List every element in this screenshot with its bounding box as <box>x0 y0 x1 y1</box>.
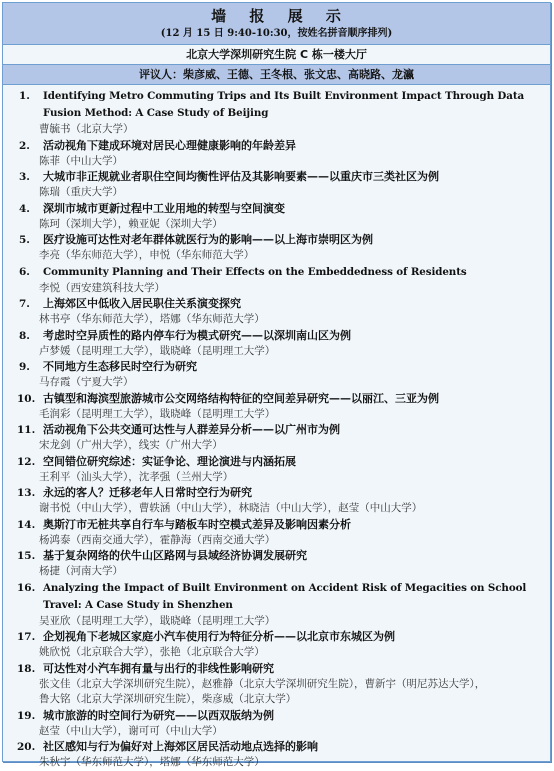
poster-authors: 王利平（汕头大学），沈孝强（兰州大学） <box>39 470 540 486</box>
poster-title: 企划视角下老城区家庭小汽车使用行为特征分析——以北京市东城区为例 <box>43 629 540 645</box>
page-title: 墙 报 展 示 <box>11 6 550 26</box>
item-number: 1. <box>19 88 30 104</box>
item-number: 11. <box>17 422 35 438</box>
item-number: 3. <box>19 169 30 185</box>
header-block: 墙 报 展 示 (12 月 15 日 9:40-10:30，按姓名拼音顺序排列) <box>3 3 550 45</box>
poster-authors: 卢梦媛（昆明理工大学），戢晓峰（昆明理工大学） <box>39 344 540 360</box>
poster-authors: 朱秋宇（华东师范大学），塔娜（华东师范大学） <box>39 755 540 765</box>
poster-authors: 宋龙剑（广州大学），线实（广州大学） <box>39 438 540 454</box>
list-item: 1.Identifying Metro Commuting Trips and … <box>3 88 550 138</box>
poster-title: 上海郊区中低收入居民职住关系演变探究 <box>43 296 540 312</box>
poster-authors: 鲁大铭（北京大学深圳研究生院），柴彦威（北京大学） <box>39 692 540 708</box>
list-item: 20.社区感知与行为偏好对上海郊区居民活动地点选择的影响朱秋宇（华东师范大学），… <box>3 739 550 765</box>
item-number: 10. <box>17 391 35 407</box>
poster-authors: 陈瑞（重庆大学） <box>39 185 540 201</box>
list-item: 5.医疗设施可达性对老年群体就医行为的影响——以上海市崇明区为例李亮（华东师范大… <box>3 232 550 264</box>
poster-title: 考虑时空异质性的路内停车行为模式研究——以深圳南山区为例 <box>43 328 540 344</box>
item-number: 4. <box>19 201 30 217</box>
list-item: 2.活动视角下建成环境对居民心理健康影响的年龄差异陈菲（中山大学） <box>3 138 550 170</box>
poster-title: 不同地方生态移民时空行为研究 <box>43 359 540 375</box>
poster-authors: 毛润彩（昆明理工大学），戢晓峰（昆明理工大学） <box>39 407 540 423</box>
poster-title: 永远的客人？迁移老年人日常时空行为研究 <box>43 485 540 501</box>
poster-title: 医疗设施可达性对老年群体就医行为的影响——以上海市崇明区为例 <box>43 232 540 248</box>
item-number: 9. <box>19 359 30 375</box>
list-item: 6.Community Planning and Their Effects o… <box>3 264 550 297</box>
poster-schedule-panel: 墙 报 展 示 (12 月 15 日 9:40-10:30，按姓名拼音顺序排列)… <box>2 2 551 762</box>
poster-authors: 张文佳（北京大学深圳研究生院），赵雅静（北京大学深圳研究生院），曹新宇（明尼苏达… <box>39 677 540 693</box>
poster-authors: 陈珂（深圳大学），赖亚妮（深圳大学） <box>39 217 540 233</box>
poster-title: 活动视角下公共交通可达性与人群差异分析——以广州市为例 <box>43 422 540 438</box>
poster-title: Identifying Metro Commuting Trips and It… <box>43 88 540 122</box>
poster-authors: 姚欣悦（北京联合大学），张艳（北京联合大学） <box>39 645 540 661</box>
poster-authors: 陈菲（中山大学） <box>39 154 540 170</box>
list-item: 13.永远的客人？迁移老年人日常时空行为研究谢书悦（中山大学），曹轶涵（中山大学… <box>3 485 550 517</box>
item-number: 17. <box>17 629 35 645</box>
poster-authors: 谢书悦（中山大学），曹轶涵（中山大学），林晓洁（中山大学），赵莹（中山大学） <box>39 501 540 517</box>
poster-authors: 杨捷（河南大学） <box>39 564 540 580</box>
poster-title: 基于复杂网络的伏牛山区路网与县域经济协调发展研究 <box>43 548 540 564</box>
list-item: 18.可达性对小汽车拥有量与出行的非线性影响研究张文佳（北京大学深圳研究生院），… <box>3 661 550 708</box>
item-number: 16. <box>17 580 35 596</box>
poster-authors: 李悦（西安建筑科技大学） <box>39 281 540 297</box>
list-item: 16.Analyzing the Impact of Built Environ… <box>3 580 550 630</box>
list-item: 12.空间错位研究综述：实证争论、理论演进与内涵拓展王利平（汕头大学），沈孝强（… <box>3 454 550 486</box>
poster-title: Analyzing the Impact of Built Environmen… <box>43 580 540 614</box>
poster-authors: 吴亚欣（昆明理工大学），戢晓峰（昆明理工大学） <box>39 614 540 630</box>
list-item: 8.考虑时空异质性的路内停车行为模式研究——以深圳南山区为例卢梦媛（昆明理工大学… <box>3 328 550 360</box>
schedule-subtitle: (12 月 15 日 9:40-10:30，按姓名拼音顺序排列) <box>3 26 550 42</box>
item-number: 12. <box>17 454 35 470</box>
poster-authors: 林书亭（华东师范大学），塔娜（华东师范大学） <box>39 312 540 328</box>
item-number: 14. <box>17 517 35 533</box>
poster-authors: 李亮（华东师范大学），申悦（华东师范大学） <box>39 248 540 264</box>
item-number: 19. <box>17 708 35 724</box>
poster-title: 活动视角下建成环境对居民心理健康影响的年龄差异 <box>43 138 540 154</box>
poster-authors: 马存霞（宁夏大学） <box>39 375 540 391</box>
poster-title: 社区感知与行为偏好对上海郊区居民活动地点选择的影响 <box>43 739 540 755</box>
item-number: 13. <box>17 485 35 501</box>
item-number: 5. <box>19 232 30 248</box>
poster-title: 深圳市城市更新过程中工业用地的转型与空间演变 <box>43 201 540 217</box>
list-item: 9.不同地方生态移民时空行为研究马存霞（宁夏大学） <box>3 359 550 391</box>
item-number: 18. <box>17 661 35 677</box>
poster-title: 奥斯汀市无桩共享自行车与踏板车时空模式差异及影响因素分析 <box>43 517 540 533</box>
list-item: 17.企划视角下老城区家庭小汽车使用行为特征分析——以北京市东城区为例姚欣悦（北… <box>3 629 550 661</box>
list-item: 15.基于复杂网络的伏牛山区路网与县域经济协调发展研究杨捷（河南大学） <box>3 548 550 580</box>
poster-authors: 赵莹（中山大学），谢可可（中山大学） <box>39 724 540 740</box>
list-item: 19.城市旅游的时空间行为研究——以西双版纳为例赵莹（中山大学），谢可可（中山大… <box>3 708 550 740</box>
poster-authors: 杨鸿泰（西南交通大学），霍静海（西南交通大学） <box>39 533 540 549</box>
poster-title: 大城市非正规就业者职住空间均衡性评估及其影响要素——以重庆市三类社区为例 <box>43 169 540 185</box>
item-number: 8. <box>19 328 30 344</box>
venue-label: 北京大学深圳研究生院 C 栋一楼大厅 <box>3 45 550 65</box>
item-number: 6. <box>19 264 30 280</box>
item-number: 15. <box>17 548 35 564</box>
poster-title: Community Planning and Their Effects on … <box>43 264 540 281</box>
item-number: 20. <box>17 739 35 755</box>
list-item: 7.上海郊区中低收入居民职住关系演变探究林书亭（华东师范大学），塔娜（华东师范大… <box>3 296 550 328</box>
reviewers-label: 评议人：柴彦威、王德、王冬根、张文忠、高晓路、龙瀛 <box>3 65 550 85</box>
poster-title: 城市旅游的时空间行为研究——以西双版纳为例 <box>43 708 540 724</box>
list-item: 3.大城市非正规就业者职住空间均衡性评估及其影响要素——以重庆市三类社区为例陈瑞… <box>3 169 550 201</box>
poster-title: 空间错位研究综述：实证争论、理论演进与内涵拓展 <box>43 454 540 470</box>
list-item: 11.活动视角下公共交通可达性与人群差异分析——以广州市为例宋龙剑（广州大学），… <box>3 422 550 454</box>
poster-title: 古镇型和海滨型旅游城市公交网络结构特征的空间差异研究——以丽江、三亚为例 <box>43 391 540 407</box>
poster-list: 1.Identifying Metro Commuting Trips and … <box>3 85 550 765</box>
list-item: 10.古镇型和海滨型旅游城市公交网络结构特征的空间差异研究——以丽江、三亚为例毛… <box>3 391 550 423</box>
item-number: 7. <box>19 296 30 312</box>
poster-authors: 曹毓书（北京大学） <box>39 122 540 138</box>
list-item: 4.深圳市城市更新过程中工业用地的转型与空间演变陈珂（深圳大学），赖亚妮（深圳大… <box>3 201 550 233</box>
list-item: 14.奥斯汀市无桩共享自行车与踏板车时空模式差异及影响因素分析杨鸿泰（西南交通大… <box>3 517 550 549</box>
item-number: 2. <box>19 138 30 154</box>
poster-title: 可达性对小汽车拥有量与出行的非线性影响研究 <box>43 661 540 677</box>
